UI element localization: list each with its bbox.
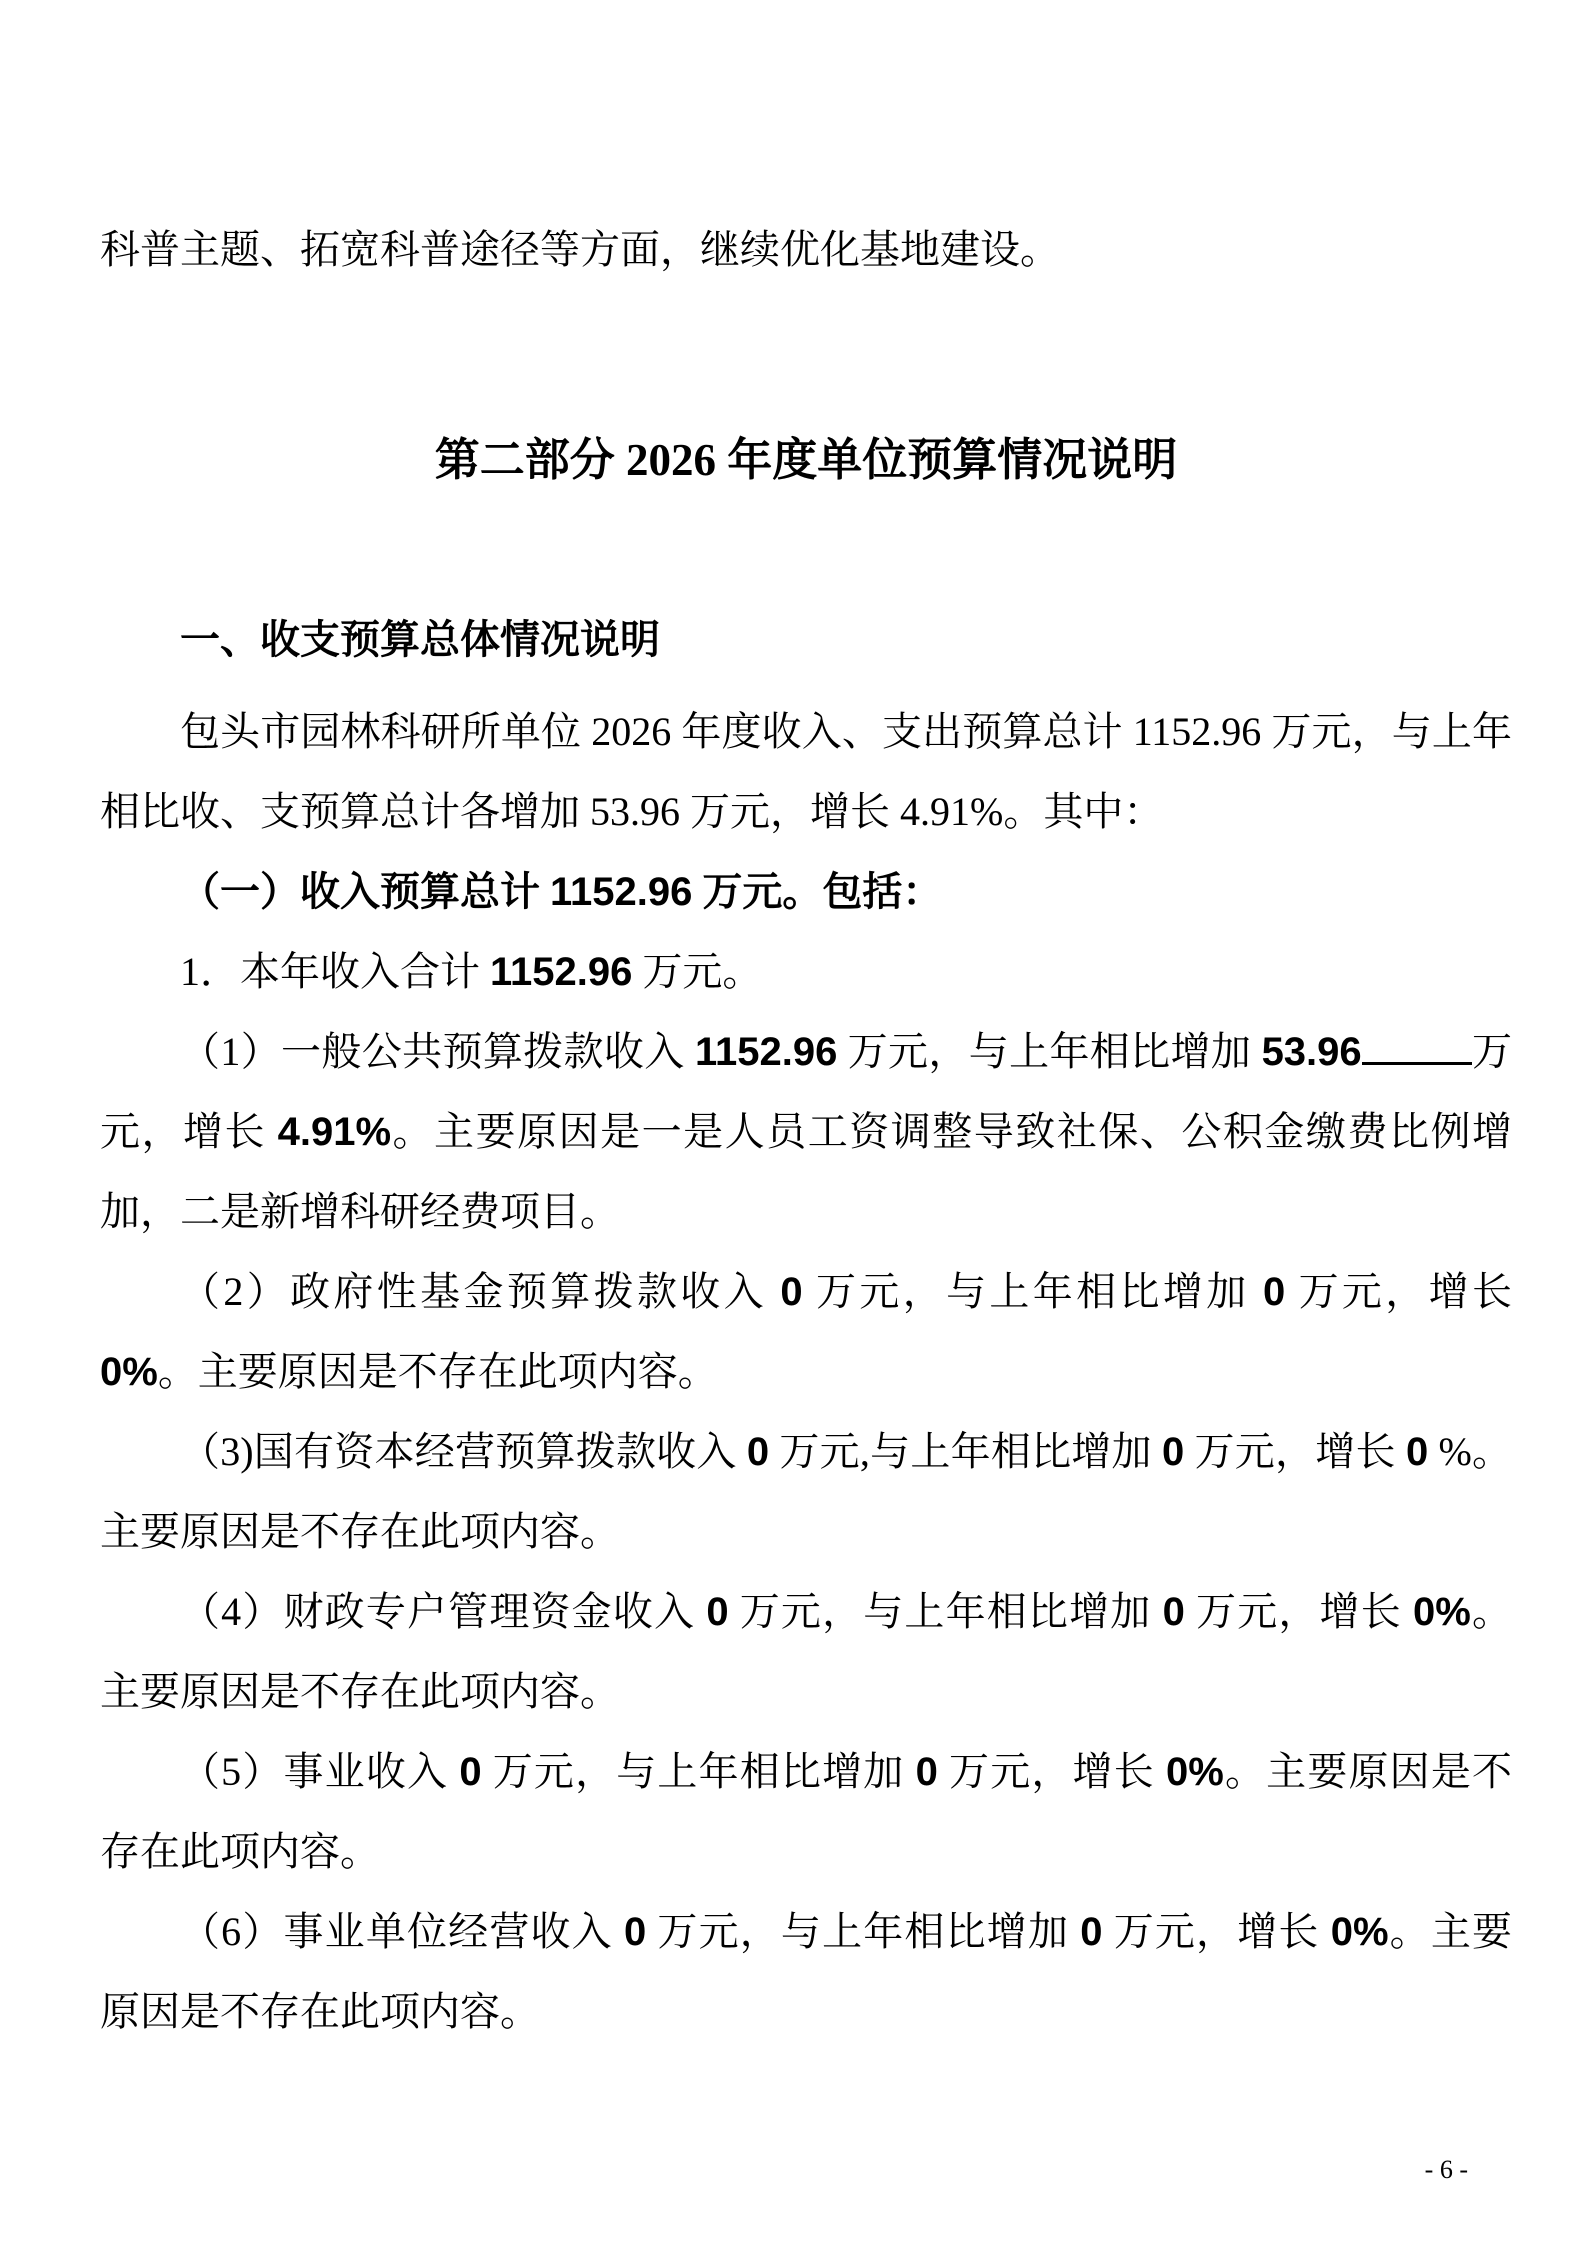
page-number: - 6 - — [1425, 2155, 1468, 2185]
paragraph-income-item-2: （2）政府性基金预算拨款收入 0 万元，与上年相比增加 0 万元，增长 0%。主… — [100, 1252, 1512, 1412]
paragraph-income-item-4: （4）财政专户管理资金收入 0 万元，与上年相比增加 0 万元，增长 0%。主要… — [100, 1572, 1512, 1732]
section-heading-overall-budget: 一、收支预算总体情况说明 — [100, 600, 1512, 680]
document-content: 科普主题、拓宽科普途径等方面，继续优化基地建设。 第二部分 2026 年度单位预… — [100, 210, 1512, 2052]
paragraph-budget-overview: 包头市园林科研所单位 2026 年度收入、支出预算总计 1152.96 万元，与… — [100, 692, 1512, 852]
document-page: 科普主题、拓宽科普途径等方面，继续优化基地建设。 第二部分 2026 年度单位预… — [0, 0, 1588, 2245]
paragraph-income-item-1: （1）一般公共预算拨款收入 1152.96 万元，与上年相比增加 53.96万元… — [100, 1012, 1512, 1252]
paragraph-income-item-3: （3)国有资本经营预算拨款收入 0 万元,与上年相比增加 0 万元，增长 0 %… — [100, 1412, 1512, 1572]
paragraph-income-item-6: （6）事业单位经营收入 0 万元，与上年相比增加 0 万元，增长 0%。主要原因… — [100, 1892, 1512, 2052]
paragraph-income-total: （一）收入预算总计 1152.96 万元。包括： — [100, 852, 1512, 932]
document-title: 第二部分 2026 年度单位预算情况说明 — [100, 420, 1512, 500]
paragraph-income-item-5: （5）事业收入 0 万元，与上年相比增加 0 万元，增长 0%。主要原因是不存在… — [100, 1732, 1512, 1892]
paragraph-continuation: 科普主题、拓宽科普途径等方面，继续优化基地建设。 — [100, 210, 1512, 290]
paragraph-income-current-year: 1．本年收入合计 1152.96 万元。 — [100, 932, 1512, 1012]
